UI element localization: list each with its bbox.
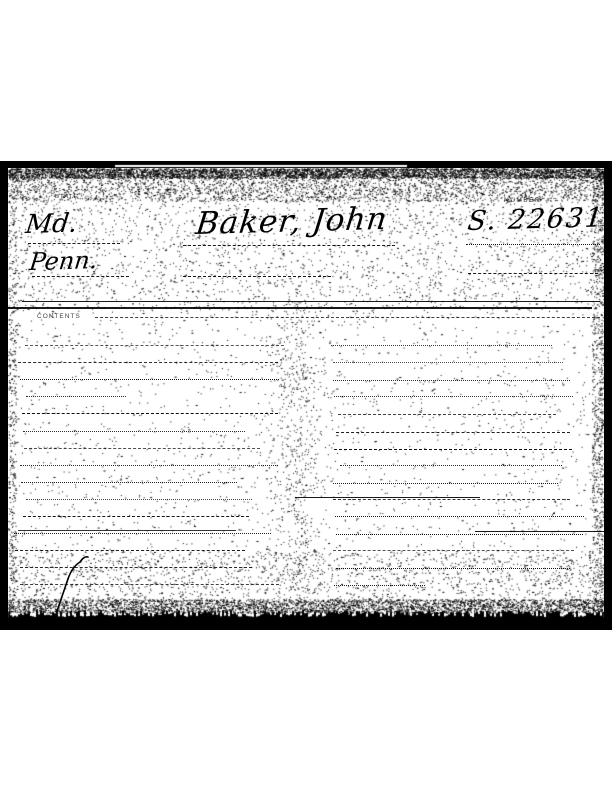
ruled-line	[336, 534, 583, 535]
ruled-line	[468, 273, 598, 274]
ruled-line	[20, 465, 279, 466]
ruled-line	[26, 499, 253, 500]
ruled-line	[22, 413, 278, 414]
ruled-line	[336, 432, 570, 433]
handwritten-tally-mark-icon	[48, 554, 94, 616]
contents-label: CONTENTS	[37, 313, 81, 320]
ruled-line	[334, 449, 573, 450]
ruled-line	[14, 533, 270, 534]
handwritten-name: Baker, John	[194, 201, 390, 242]
ruled-line	[23, 516, 248, 517]
ruled-line	[334, 396, 573, 397]
ruled-line	[32, 276, 129, 277]
ruled-line	[26, 396, 127, 397]
ruled-line	[22, 301, 600, 302]
ruled-line	[340, 465, 562, 466]
ruled-line	[183, 245, 395, 246]
ruled-line	[21, 482, 237, 483]
ruled-line	[20, 379, 279, 380]
ruled-line	[475, 531, 612, 532]
ruled-line	[183, 276, 331, 277]
handwritten-file-number: S. 22631	[466, 202, 606, 237]
ruled-line	[15, 550, 245, 551]
ruled-line	[24, 448, 260, 449]
ruled-line	[336, 568, 570, 569]
ruled-line	[466, 244, 600, 245]
handwritten-state-1: Md.	[24, 209, 79, 240]
ruled-line	[28, 243, 120, 244]
ruled-line	[333, 483, 559, 484]
handwritten-state-2: Penn.	[28, 246, 99, 276]
ruled-line	[18, 530, 236, 531]
ruled-line	[18, 362, 278, 363]
ruled-line	[333, 499, 570, 500]
ruled-line	[25, 345, 284, 346]
index-card: STATE NUMBER CONTENTS Md. Penn. Baker, J…	[8, 168, 604, 618]
ruled-line	[95, 317, 600, 318]
ruled-line	[8, 307, 592, 309]
ruled-line	[338, 414, 556, 415]
scanned-page: STATE NUMBER CONTENTS Md. Penn. Baker, J…	[0, 0, 612, 792]
scan-black-frame: STATE NUMBER CONTENTS Md. Penn. Baker, J…	[0, 161, 612, 630]
ruled-line	[333, 362, 563, 363]
ruled-line	[23, 431, 245, 432]
ruled-line	[335, 516, 584, 517]
ruled-line	[334, 585, 424, 586]
ruled-line	[333, 550, 574, 551]
ruled-line	[331, 345, 552, 346]
ruled-line	[295, 497, 480, 498]
state-label: STATE	[55, 194, 78, 199]
ruled-line	[333, 380, 570, 381]
number-label: NUMBER	[504, 197, 541, 204]
